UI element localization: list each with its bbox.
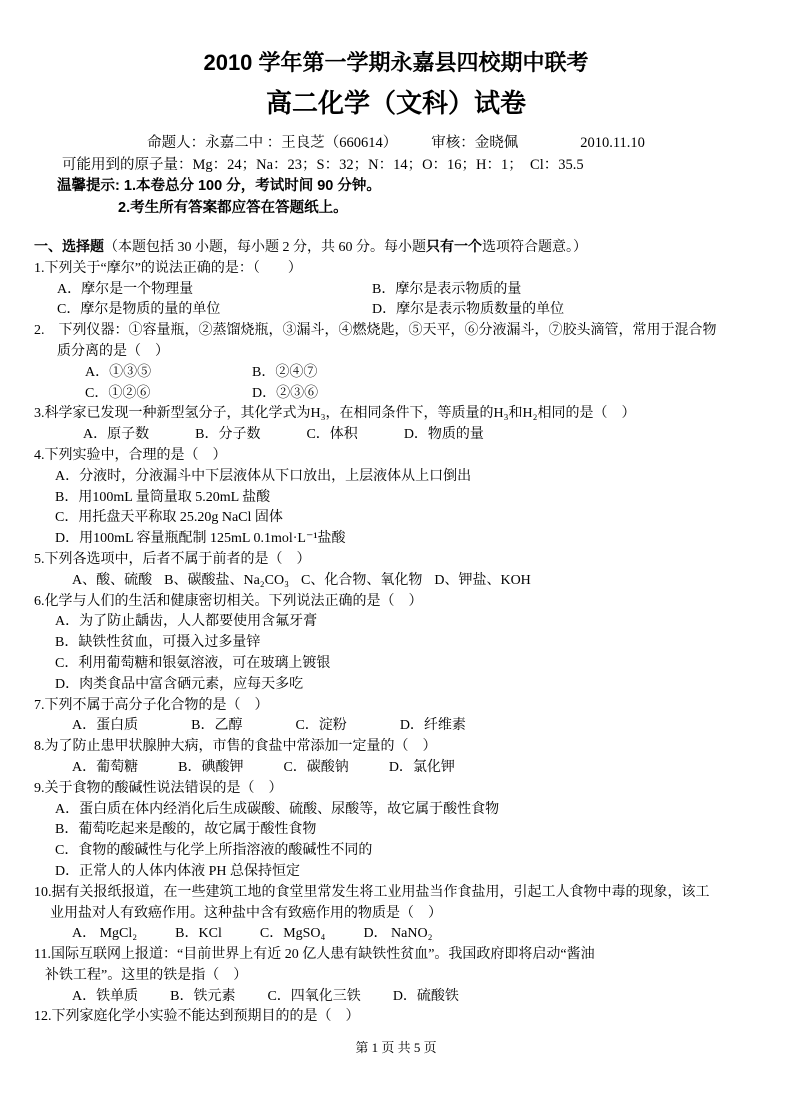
option: B．KCl	[175, 924, 222, 945]
notice-label: 温馨提示:	[57, 178, 120, 194]
option: D．纤维素	[400, 716, 466, 737]
section-desc-2: 选项符合题意。）	[482, 240, 587, 255]
option: A． MgCl₂	[72, 924, 137, 945]
notice-line1: 温馨提示: 1.本卷总分 100 分，考试时间 90 分钟。	[0, 176, 792, 198]
question-7: 7.下列不属于高分子化合物的是（ ）A．蛋白质B．乙醇C．淀粉D．纤维素	[0, 696, 792, 738]
question-10: 10.据有关报纸报道，在一些建筑工地的食堂里常发生将工业用盐当作食盐用，引起工人…	[0, 883, 792, 945]
exam-meta-line: 命题人：永嘉二中 ：王良芝（660614） 审核：金晓佩 2010.11.10	[0, 132, 792, 154]
option: D．摩尔是表示物质数量的单位	[372, 300, 792, 321]
question-5: 5.下列各选项中，后者不属于前者的是（ ）A、酸、硫酸B、碳酸盐、Na₂CO₃C…	[0, 550, 792, 592]
notice-text1: 1.本卷总分 100 分，考试时间 90 分钟。	[124, 178, 381, 194]
option: C．淀粉	[295, 716, 346, 737]
option: A．蛋白质在体内经消化后生成碳酸、硫酸、尿酸等，故它属于酸性食物	[0, 800, 792, 821]
question-11: 11.国际互联网上报道：“目前世界上有近 20 亿人患有缺铁性贫血”。我国政府即…	[0, 945, 792, 1007]
option: C．利用葡萄糖和银氨溶液，可在玻璃上镀银	[0, 654, 792, 675]
option: D、钾盐、KOH	[434, 571, 530, 592]
question-stem: 2. 下列仪器：①容量瓶，②蒸馏烧瓶，③漏斗，④燃烧匙，⑤天平，⑥分液漏斗，⑦胶…	[0, 321, 792, 342]
option-row: A．原子数B．分子数C．体积D．物质的量	[0, 425, 792, 446]
question-2: 2. 下列仪器：①容量瓶，②蒸馏烧瓶，③漏斗，④燃烧匙，⑤天平，⑥分液漏斗，⑦胶…	[0, 321, 792, 404]
option: C．体积	[306, 425, 357, 446]
option-row: A、酸、硫酸B、碳酸盐、Na₂CO₃C、化合物、氧化物D、钾盐、KOH	[0, 571, 792, 592]
option: A、酸、硫酸	[72, 571, 152, 592]
option: B．分子数	[195, 425, 260, 446]
option: A．为了防止龋齿，人人都要使用含氟牙膏	[0, 612, 792, 633]
option: C．食物的酸碱性与化学上所指溶液的酸碱性不同的	[0, 841, 792, 862]
option: D．物质的量	[404, 425, 484, 446]
option: D． NaNO₂	[363, 924, 432, 945]
question-stem: 8.为了防止患甲状腺肿大病，市售的食盐中常添加一定量的（ ）	[0, 737, 792, 758]
section-title: 一、选择题	[34, 238, 104, 254]
option-row: A．蛋白质B．乙醇C．淀粉D．纤维素	[0, 716, 792, 737]
question-stem: 5.下列各选项中，后者不属于前者的是（ ）	[0, 550, 792, 571]
option: A．葡萄糖	[72, 758, 138, 779]
question-12: 12.下列家庭化学小实验不能达到预期目的的是（ ）	[0, 1007, 792, 1028]
question-1: 1.下列关于“摩尔”的说法正确的是：（ ）A．摩尔是一个物理量B．摩尔是表示物质…	[0, 259, 792, 321]
option: C．碳酸钠	[283, 758, 348, 779]
exam-page: 2010 学年第一学期永嘉县四校期中联考 高二化学（文科）试卷 命题人：永嘉二中…	[0, 0, 792, 1059]
option: B、碳酸盐、Na₂CO₃	[164, 571, 289, 592]
exam-title-line2: 高二化学（文科）试卷	[0, 88, 792, 118]
option: C．用托盘天平称取 25.20g NaCl 固体	[0, 508, 792, 529]
question-9: 9.关于食物的酸碱性说法错误的是（ ）A．蛋白质在体内经消化后生成碳酸、硫酸、尿…	[0, 779, 792, 883]
notice-line2: 2.考生所有答案都应答在答题纸上。	[0, 198, 792, 220]
exam-date: 2010.11.10	[580, 132, 645, 154]
option: B．②④⑦	[252, 363, 792, 384]
option: B．摩尔是表示物质的量	[372, 280, 792, 301]
exam-title-line1: 2010 学年第一学期永嘉县四校期中联考	[0, 50, 792, 76]
option-row: A． MgCl₂B．KClC．MgSO₄D． NaNO₂	[0, 924, 792, 945]
question-4: 4.下列实验中，合理的是（ ）A．分液时，分液漏斗中下层液体从下口放出，上层液体…	[0, 446, 792, 550]
option: A．①③⑤	[85, 363, 252, 384]
option: A．分液时，分液漏斗中下层液体从下口放出，上层液体从上口倒出	[0, 467, 792, 488]
option: B．用100mL 量筒量取 5.20mL 盐酸	[0, 488, 792, 509]
option: C．MgSO₄	[260, 924, 326, 945]
question-stem: 质分离的是（ ）	[0, 342, 792, 363]
option: D．肉类食品中富含硒元素，应每天多吃	[0, 675, 792, 696]
question-stem: 补铁工程”。这里的铁是指（ ）	[0, 966, 792, 987]
option: B．缺铁性贫血，可摄入过多量锌	[0, 633, 792, 654]
option: C、化合物、氧化物	[301, 571, 422, 592]
option-row: A．摩尔是一个物理量B．摩尔是表示物质的量	[0, 280, 792, 301]
question-stem: 10.据有关报纸报道，在一些建筑工地的食堂里常发生将工业用盐当作食盐用，引起工人…	[0, 883, 792, 904]
question-stem: 业用盐对人有致癌作用。这种盐中含有致癌作用的物质是（ ）	[0, 904, 792, 925]
reviewer-label: 审核：金晓佩	[431, 132, 518, 154]
question-stem: 3.科学家已发现一种新型氢分子，其化学式为H₃，在相同条件下，等质量的H₃和H₂…	[0, 404, 792, 425]
question-stem: 11.国际互联网上报道：“目前世界上有近 20 亿人患有缺铁性贫血”。我国政府即…	[0, 945, 792, 966]
option: A．蛋白质	[72, 716, 138, 737]
setter-label: 命题人：永嘉二中 ：王良芝（660614）	[147, 132, 397, 154]
page-number: 第 1 页 共 5 页	[0, 1038, 792, 1059]
question-stem: 6.化学与人们的生活和健康密切相关。下列说法正确的是（ ）	[0, 592, 792, 613]
option: A．摩尔是一个物理量	[57, 280, 372, 301]
option: B．葡萄吃起来是酸的，故它属于酸性食物	[0, 820, 792, 841]
option: C．摩尔是物质的量的单位	[57, 300, 372, 321]
option-row: C．①②⑥D．②③⑥	[0, 384, 792, 405]
atomic-masses-line: 可能用到的原子量：Mg：24；Na：23；S：32；N：14；O：16；H：1；…	[0, 154, 792, 176]
option: A．原子数	[83, 425, 149, 446]
option: C．①②⑥	[85, 384, 252, 405]
option: D．硫酸铁	[393, 987, 459, 1008]
question-stem: 9.关于食物的酸碱性说法错误的是（ ）	[0, 779, 792, 800]
question-stem: 12.下列家庭化学小实验不能达到预期目的的是（ ）	[0, 1007, 792, 1028]
question-stem: 4.下列实验中，合理的是（ ）	[0, 446, 792, 467]
section-desc-bold: 只有一个	[426, 238, 482, 254]
option: D．正常人的人体内体液 PH 总保持恒定	[0, 862, 792, 883]
option: B．碘酸钾	[178, 758, 243, 779]
option: B．铁元素	[170, 987, 235, 1008]
question-stem: 1.下列关于“摩尔”的说法正确的是：（ ）	[0, 259, 792, 280]
question-stem: 7.下列不属于高分子化合物的是（ ）	[0, 696, 792, 717]
option-row: A．铁单质B．铁元素C．四氧化三铁D．硫酸铁	[0, 987, 792, 1008]
option-row: C．摩尔是物质的量的单位D．摩尔是表示物质数量的单位	[0, 300, 792, 321]
question-6: 6.化学与人们的生活和健康密切相关。下列说法正确的是（ ）A．为了防止龋齿，人人…	[0, 592, 792, 696]
question-3: 3.科学家已发现一种新型氢分子，其化学式为H₃，在相同条件下，等质量的H₃和H₂…	[0, 404, 792, 446]
option: A．铁单质	[72, 987, 138, 1008]
option-row: A．①③⑤B．②④⑦	[0, 363, 792, 384]
section-heading: 一、选择题（本题包括 30 小题，每小题 2 分，共 60 分。每小题只有一个选…	[0, 236, 792, 259]
question-8: 8.为了防止患甲状腺肿大病，市售的食盐中常添加一定量的（ ）A．葡萄糖B．碘酸钾…	[0, 737, 792, 779]
option: B．乙醇	[191, 716, 242, 737]
section-desc-1: （本题包括 30 小题，每小题 2 分，共 60 分。每小题	[104, 240, 426, 255]
option: D．氯化钾	[389, 758, 455, 779]
option-row: A．葡萄糖B．碘酸钾C．碳酸钠D．氯化钾	[0, 758, 792, 779]
questions: 1.下列关于“摩尔”的说法正确的是：（ ）A．摩尔是一个物理量B．摩尔是表示物质…	[0, 259, 792, 1028]
option: D．②③⑥	[252, 384, 792, 405]
option: D．用100mL 容量瓶配制 125mL 0.1mol·L⁻¹盐酸	[0, 529, 792, 550]
option: C．四氧化三铁	[267, 987, 360, 1008]
